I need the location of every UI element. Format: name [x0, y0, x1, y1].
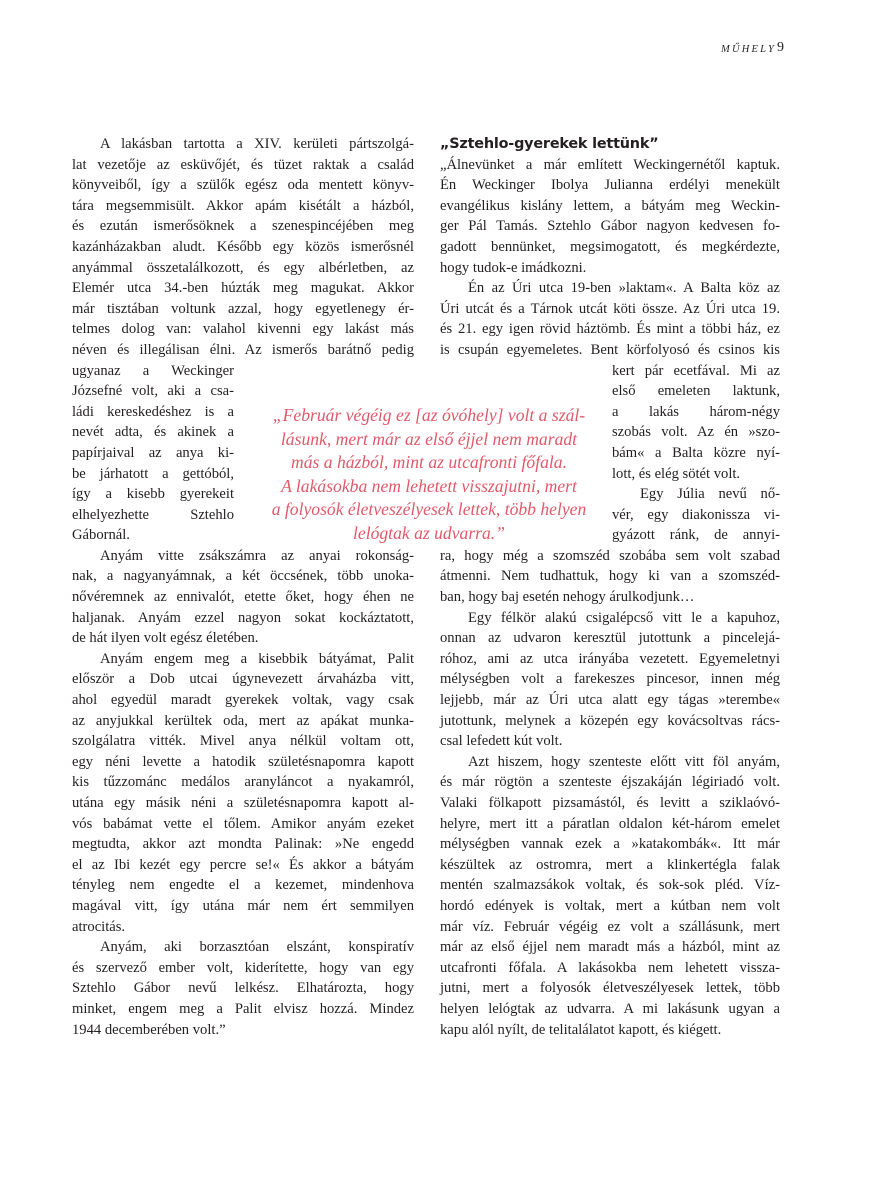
text-line: elhelyezhette Sztehlo — [72, 505, 234, 526]
text-line: mentén szalmazsákok voltak, és sok-sok p… — [440, 875, 780, 896]
text-line: vér, egy diakonissza vi- — [612, 505, 780, 526]
text-line: utcafronti főfala. A lakásokba nem lehet… — [440, 958, 780, 979]
text-line: „Álnevünket a már említett Weckingernétő… — [440, 155, 780, 176]
text-line: magával vitt, így utána már nem ért semm… — [72, 896, 414, 917]
pull-quote-line: a folyosók életveszélyesek lettek, több … — [250, 498, 608, 522]
left-column: A lakásban tartotta a XIV. kerületi párt… — [72, 134, 414, 1040]
text-line: Azt hiszem, hogy szenteste előtt vitt fö… — [440, 752, 780, 773]
text-line: minket, engem meg a Palit elvisz hozzá. … — [72, 999, 414, 1020]
text-line: gyázott ránk, de annyi- — [612, 525, 780, 546]
text-line: haljanak. Anyám ezzel nagyon sokat kocká… — [72, 608, 414, 629]
text-line: atrocitás. — [72, 917, 414, 938]
text-line: Valaki fölkapott pizsamástól, és levitt … — [440, 793, 780, 814]
text-line: tára megsemmisült. Akkor apám kisétált a… — [72, 196, 414, 217]
text-line: Anyám vitte zsákszámra az anyai rokonság… — [72, 546, 414, 567]
page-number: 9 — [777, 40, 784, 56]
text-line: megtudta, akkor azt mondta Palinak: »Ne … — [72, 834, 414, 855]
text-line: lott, és elég sötét volt. — [612, 464, 780, 485]
text-line: róhoz, ami az utca irányába vezetett. Eg… — [440, 649, 780, 670]
text-line: néven és illegálisan élni. Az ismerős ba… — [72, 340, 414, 361]
text-line: ban, hogy baj esetén nehogy árulkodjunk… — [440, 587, 780, 608]
text-line: Gábornál. — [72, 525, 234, 546]
section-heading: „Sztehlo-gyerekek lettünk” — [440, 134, 780, 155]
pull-quote-line: „Február végéig ez [az óvóhely] volt a s… — [250, 404, 608, 428]
text-line: helyre, mert itt a páratlan oldalon két-… — [440, 814, 780, 835]
text-line: ládi kereskedéshez is a — [72, 402, 234, 423]
text-line: jutni, mert a folyosók életveszélyesek l… — [440, 978, 780, 999]
text-line: lat vezetője az esküvőjét, és tüzet rakt… — [72, 155, 414, 176]
paragraph: „Álnevünket a már említett Weckingernétő… — [440, 155, 780, 279]
text-line: papírjaival az anya ki- — [72, 443, 234, 464]
text-line: hordó edények is voltak, mert a kútban n… — [440, 896, 780, 917]
right-column: „Sztehlo-gyerekek lettünk” „Álnevünket a… — [440, 134, 780, 1040]
text-line: már víz. Február végéig ez volt a szállá… — [440, 917, 780, 938]
paragraph: Anyám, aki borzasztóan elszánt, konspira… — [72, 937, 414, 1040]
running-head: MŰHELY — [721, 44, 776, 55]
pull-quote-line: lelógtak az udvarra.” — [250, 522, 608, 546]
text-line: ugyanaz a Weckinger — [72, 361, 234, 382]
text-line: tényleg nem engedte el a kezemet, minden… — [72, 875, 414, 896]
text-line: Sztehlo Gábor nevű lelkész. Elhatározta,… — [72, 978, 414, 999]
text-line: első emeleten laktunk, — [612, 381, 780, 402]
text-line: a lakás három-négy — [612, 402, 780, 423]
text-line: Józsefné volt, aki a csa- — [72, 381, 234, 402]
paragraph: Azt hiszem, hogy szenteste előtt vitt fö… — [440, 752, 780, 1040]
pull-quote-line: más a házból, mint az utcafronti főfala. — [250, 451, 608, 475]
text-line: egy néni levette a hatodik születésnapom… — [72, 752, 414, 773]
text-line: és szervező ember volt, kiderítette, hog… — [72, 958, 414, 979]
text-line: Úri utcát és a Tárnok utcát köti össze. … — [440, 299, 780, 320]
text-line: átmenni. Nem tudhattuk, hogy ki van a sz… — [440, 566, 780, 587]
text-line: már az első éjjel nem maradt más a házbó… — [440, 937, 780, 958]
text-line: kis tűzzománc medálos aranyláncot a nyak… — [72, 772, 414, 793]
text-line: ahol egyedül maradt gyerekek voltak, vag… — [72, 690, 414, 711]
text-line: csal lefedett kút volt. — [440, 731, 780, 752]
text-line: az anyjukkal kerültek oda, mert az apáka… — [72, 711, 414, 732]
pull-quote-line: lásunk, mert már az első éjjel nem marad… — [250, 428, 608, 452]
text-line: ra, hogy még a szomszéd szobába sem volt… — [440, 546, 780, 567]
text-line: így a kisebb gyerekeit — [72, 484, 234, 505]
text-line: ger Pál Tamás. Sztehlo Gábor nagyon kedv… — [440, 216, 780, 237]
text-line: nevét adta, és akinek a — [72, 422, 234, 443]
text-line: kapu alól nyílt, de telitalálatot kapott… — [440, 1020, 780, 1041]
text-line: is csupán egyemeletes. Bent körfolyosó é… — [440, 340, 780, 361]
text-line: onnan az udvaron keresztül jutottunk a p… — [440, 628, 780, 649]
text-line: hogy tudok-e imádkozni. — [440, 258, 780, 279]
text-line: lejjebb, már az Úri utca alatt egy tágas… — [440, 690, 780, 711]
text-line: Anyám engem meg a kisebbik bátyámat, Pal… — [72, 649, 414, 670]
text-line: Én az Úri utca 19-ben »laktam«. A Balta … — [440, 278, 780, 299]
text-line: és ezután ismerősöknek a szenespincéjébe… — [72, 216, 414, 237]
text-line: de hát ilyen volt egész életében. — [72, 628, 414, 649]
text-line: kazánházakban aludt. Később egy közös is… — [72, 237, 414, 258]
text-line: 1944 decemberében volt.” — [72, 1020, 414, 1041]
text-line: Egy Júlia nevű nő- — [612, 484, 780, 505]
text-line: készültek az ostromra, mert a klinkertég… — [440, 855, 780, 876]
text-line: Elemér utca 34.-ben húzták meg magukat. … — [72, 278, 414, 299]
text-line: evangélikus kislány lettem, a bátyám meg… — [440, 196, 780, 217]
text-line: be járhatott a gettóból, — [72, 464, 234, 485]
text-line: mélységben volt a farekeszes pincesor, i… — [440, 669, 780, 690]
pull-quote-line: A lakásokba nem lehetett visszajutni, me… — [250, 475, 608, 499]
text-line: utána egy másik néni a születésnapomra k… — [72, 793, 414, 814]
text-line: jutottunk, melynek a közepén egy kovácso… — [440, 711, 780, 732]
text-line: anyámmal összetalálkozott, és egy albérl… — [72, 258, 414, 279]
text-line: vós babámat vette el tőlem. Amikor anyám… — [72, 814, 414, 835]
text-line: és már rögtön a szenteste éjszakáján lég… — [440, 772, 780, 793]
text-line: szobás volt. Az én »szo- — [612, 422, 780, 443]
text-line: mélységben vannak ezek a »katakombák«. I… — [440, 834, 780, 855]
text-line: Én Weckinger Ibolya Julianna erdélyi men… — [440, 175, 780, 196]
text-line: helyen lelógtak az udvarra. A mi lakásun… — [440, 999, 780, 1020]
pull-quote: „Február végéig ez [az óvóhely] volt a s… — [250, 404, 608, 546]
text-line: nak, a nagyanyámnak, a két öccsének, töb… — [72, 566, 414, 587]
text-line: Anyám, aki borzasztóan elszánt, konspira… — [72, 937, 414, 958]
text-line: Egy félkör alakú csigalépcső vitt le a k… — [440, 608, 780, 629]
text-line: először a Dob utcai úgynevezett árvaházb… — [72, 669, 414, 690]
text-line: bám« a Balta közre nyí- — [612, 443, 780, 464]
text-line: gadott bennünket, megsimogatott, és megk… — [440, 237, 780, 258]
text-line: kert pár ecetfával. Mi az — [612, 361, 780, 382]
text-line: könyveiből, így a szülők egész oda mente… — [72, 175, 414, 196]
text-line: telmes dolog van: valahol kivenni egy la… — [72, 319, 414, 340]
paragraph: Anyám engem meg a kisebbik bátyámat, Pal… — [72, 649, 414, 937]
text-line: nővéremnek az ennivalót, etette őket, ho… — [72, 587, 414, 608]
text-line: szolgálatra vitték. Mivel anya nélkül vo… — [72, 731, 414, 752]
paragraph: Anyám vitte zsákszámra az anyai rokonság… — [72, 546, 414, 649]
text-line: A lakásban tartotta a XIV. kerületi párt… — [72, 134, 414, 155]
text-line: el az Ibi kezét egy percre se!« És akkor… — [72, 855, 414, 876]
text-line: és 21. egy igen rövid háztömb. És mint a… — [440, 319, 780, 340]
text-line: már tisztában voltunk azzal, hogy egyetl… — [72, 299, 414, 320]
paragraph: Egy félkör alakú csigalépcső vitt le a k… — [440, 608, 780, 752]
